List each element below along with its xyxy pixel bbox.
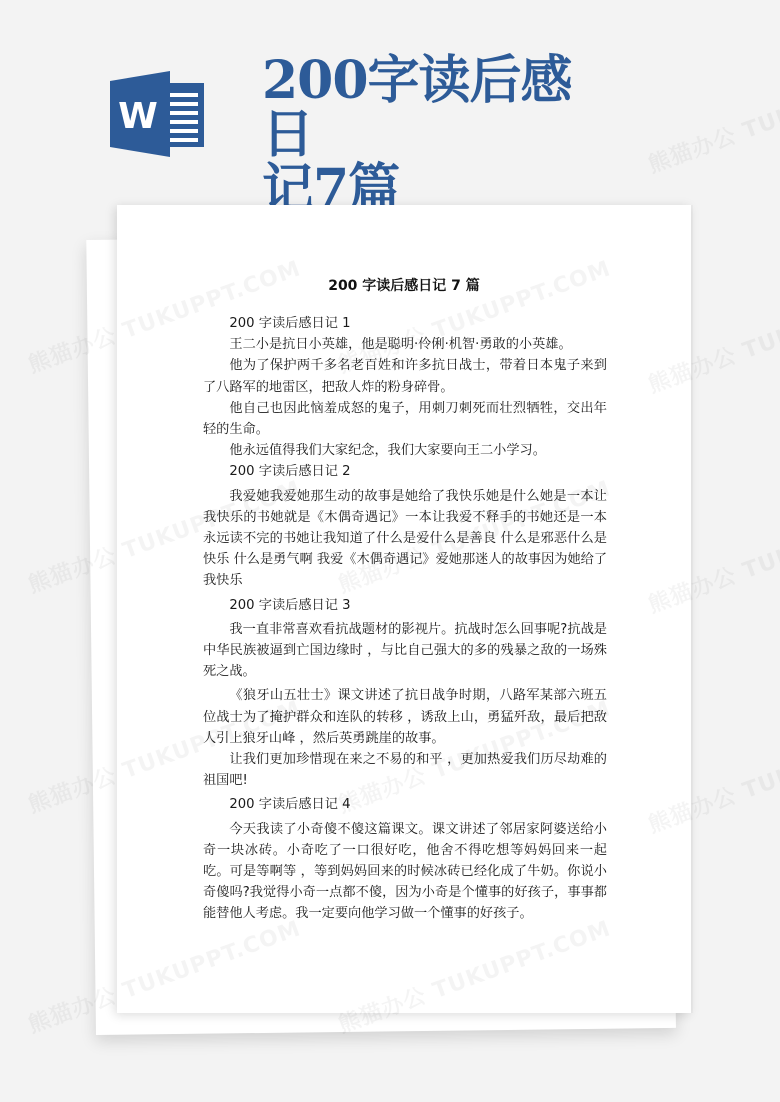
word-icon-letter: W — [118, 96, 158, 137]
paragraph: 《狼牙山五壮士》课文讲述了抗日战争时期，八路军某部六班五位战士为了掩护群众和连队… — [203, 685, 607, 749]
paragraph: 王二小是抗日小英雄，他是聪明·伶俐·机智·勇敢的小英雄。 — [203, 334, 607, 355]
paragraph: 他自己也因此恼羞成怒的鬼子，用刺刀刺死而壮烈牺牲，交出年轻的生命。 — [203, 398, 607, 440]
headline: 200字读后感日 记7篇 — [262, 54, 622, 216]
word-document-icon: W — [108, 69, 208, 159]
section-heading: 200 字读后感日记 1 — [203, 313, 607, 334]
paragraph: 我一直非常喜欢看抗战题材的影视片。抗战时怎么回事呢?抗战是中华民族被逼到亡国边缘… — [203, 619, 607, 683]
document-title: 200 字读后感日记 7 篇 — [117, 275, 691, 295]
section-heading: 200 字读后感日记 4 — [203, 794, 607, 815]
document-page: 200 字读后感日记 7 篇 200 字读后感日记 1 王二小是抗日小英雄，他是… — [117, 205, 691, 1013]
paragraph: 他永远值得我们大家纪念，我们大家要向王二小学习。 — [203, 440, 607, 461]
section-heading: 200 字读后感日记 3 — [203, 595, 607, 616]
section-heading: 200 字读后感日记 2 — [203, 461, 607, 482]
paragraph: 今天我读了小奇傻不傻这篇课文。课文讲述了邻居家阿婆送给小奇一块冰砖。小奇吃了一口… — [203, 819, 607, 925]
banner-header: W 200字读后感日 记7篇 — [0, 0, 780, 190]
document-body: 200 字读后感日记 1 王二小是抗日小英雄，他是聪明·伶俐·机智·勇敢的小英雄… — [203, 313, 607, 925]
paragraph: 让我们更加珍惜现在来之不易的和平 ，更加热爱我们历尽劫难的祖国吧! — [203, 749, 607, 791]
paragraph: 我爱她我爱她那生动的故事是她给了我快乐她是什么她是一本让我快乐的书她就是《木偶奇… — [203, 486, 607, 592]
paragraph: 他为了保护两千多名老百姓和许多抗日战士，带着日本鬼子来到了八路军的地雷区，把敌人… — [203, 355, 607, 397]
headline-line-1: 200字读后感日 — [262, 54, 622, 162]
